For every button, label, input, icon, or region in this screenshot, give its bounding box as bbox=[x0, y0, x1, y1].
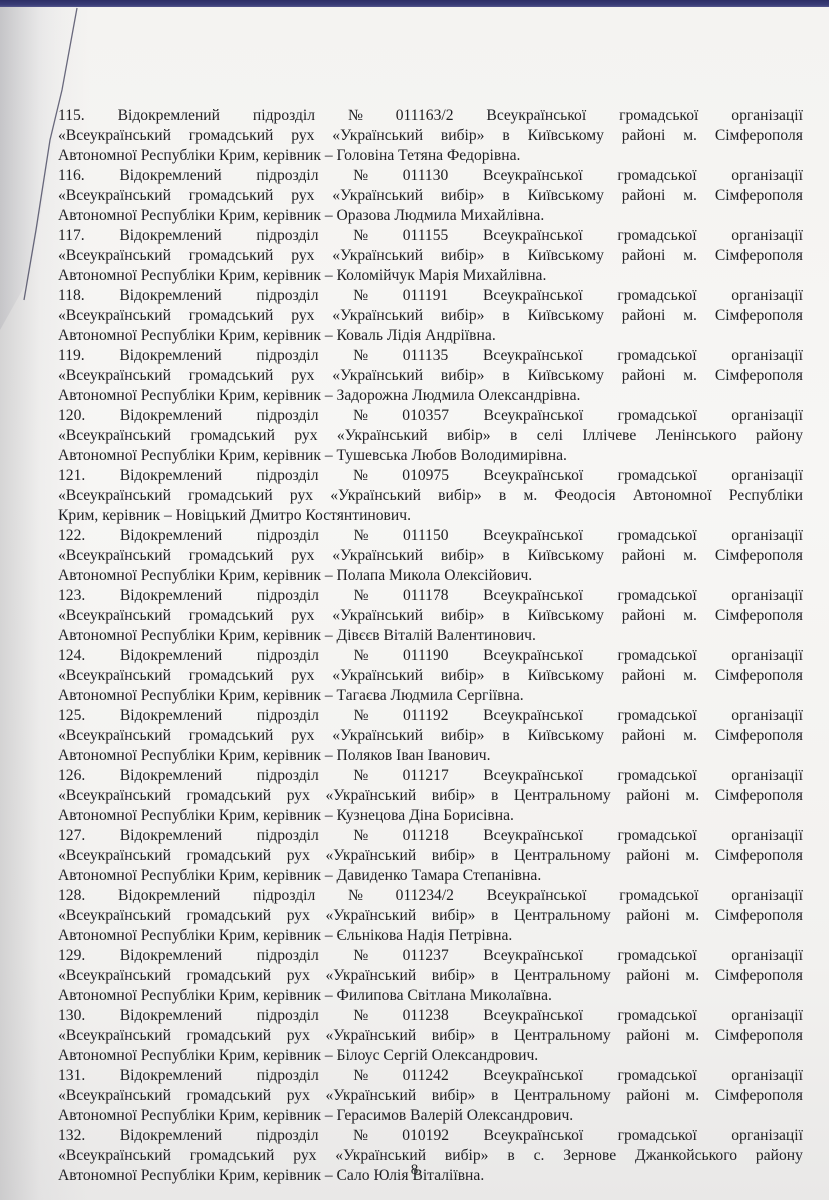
org-word: громадської bbox=[617, 526, 696, 546]
word: вибір» bbox=[432, 786, 476, 806]
entry-heading-line: 116.Відокремленийпідрозділ№011130Всеукра… bbox=[58, 166, 803, 186]
word: громадський bbox=[189, 186, 274, 206]
entry-number: 121. bbox=[58, 466, 85, 486]
unit-label: Відокремлений bbox=[120, 706, 222, 726]
entry-head-line: Автономної Республіки Крим, керівник – П… bbox=[58, 746, 803, 766]
word: «Український bbox=[325, 906, 416, 926]
word: «Всеукраїнський bbox=[58, 906, 171, 926]
word: Центральному bbox=[514, 966, 611, 986]
entry-location-line: «Всеукраїнськийгромадськийрух«Українськи… bbox=[58, 606, 803, 626]
word: в bbox=[502, 546, 509, 566]
word: громадський bbox=[187, 1026, 272, 1046]
word: в bbox=[502, 306, 509, 326]
word: Сімферополя bbox=[715, 726, 803, 746]
sub-label: підрозділ bbox=[256, 166, 318, 186]
word: районі bbox=[626, 906, 670, 926]
word: вибір» bbox=[441, 186, 485, 206]
sub-label: підрозділ bbox=[256, 466, 318, 486]
entry-head-line: Автономної Республіки Крим, керівник – Т… bbox=[58, 686, 803, 706]
org-word: громадської bbox=[617, 1006, 696, 1026]
word: Центральному bbox=[514, 786, 611, 806]
word: районі bbox=[622, 726, 666, 746]
word: вибір» bbox=[432, 966, 476, 986]
entry-head-line: Автономної Республіки Крим, керівник – Б… bbox=[58, 1046, 803, 1066]
unit-code: 010357 bbox=[402, 406, 449, 426]
unit-label: Відокремлений bbox=[119, 226, 221, 246]
entry-location-line: «Всеукраїнськийгромадськийрух«Українськи… bbox=[58, 426, 803, 446]
word: «Всеукраїнський bbox=[58, 366, 171, 386]
word: в bbox=[502, 666, 509, 686]
entry-head-line: Автономної Республіки Крим, керівник – К… bbox=[58, 326, 803, 346]
entry-location-line: «Всеукраїнськийгромадськийрух«Українськи… bbox=[58, 906, 803, 926]
org-word: організації bbox=[731, 886, 803, 906]
unit-label: Відокремлений bbox=[118, 886, 220, 906]
entry-number: 131. bbox=[58, 1066, 85, 1086]
word: Київському bbox=[528, 306, 604, 326]
org-word: Всеукраїнської bbox=[483, 1126, 583, 1146]
org-word: Всеукраїнської bbox=[486, 106, 586, 126]
number-sign: № bbox=[353, 346, 368, 366]
word: рух bbox=[287, 1086, 310, 1106]
word: м. bbox=[683, 186, 697, 206]
unit-code: 011178 bbox=[403, 586, 449, 606]
number-sign: № bbox=[353, 226, 368, 246]
entry-location-line: «Всеукраїнськийгромадськийрух«Українськи… bbox=[58, 306, 803, 326]
word: Сімферополя bbox=[715, 186, 803, 206]
org-word: організації bbox=[731, 946, 803, 966]
word: в bbox=[510, 426, 517, 446]
sub-label: підрозділ bbox=[253, 886, 315, 906]
org-word: громадської bbox=[617, 346, 696, 366]
word: «Український bbox=[325, 1086, 416, 1106]
word: рух bbox=[287, 966, 310, 986]
entry-heading-line: 119.Відокремленийпідрозділ№011135Всеукра… bbox=[58, 346, 803, 366]
word: громадський bbox=[189, 606, 274, 626]
entry-number: 120. bbox=[58, 406, 85, 426]
word: в bbox=[491, 966, 498, 986]
word: м. bbox=[683, 306, 697, 326]
org-word: громадської bbox=[617, 946, 696, 966]
entry-number: 118. bbox=[58, 286, 85, 306]
number-sign: № bbox=[353, 166, 368, 186]
org-word: громадської bbox=[618, 466, 697, 486]
unit-code: 010192 bbox=[402, 1126, 449, 1146]
word: «Український bbox=[325, 786, 416, 806]
list-item: 122.Відокремленийпідрозділ№011150Всеукра… bbox=[58, 526, 803, 586]
unit-label: Відокремлений bbox=[120, 1066, 222, 1086]
word: рух bbox=[291, 306, 314, 326]
org-word: громадської bbox=[617, 586, 696, 606]
org-word: громадської bbox=[619, 886, 698, 906]
entry-head-line: Автономної Республіки Крим, керівник – Т… bbox=[58, 446, 803, 466]
word: «Український bbox=[332, 306, 423, 326]
org-word: організації bbox=[731, 466, 803, 486]
document-body: 115.Відокремленийпідрозділ№011163/2Всеук… bbox=[58, 106, 803, 1186]
word: вибір» bbox=[441, 606, 485, 626]
word: Київському bbox=[528, 126, 604, 146]
word: громадський bbox=[187, 906, 272, 926]
entry-number: 125. bbox=[58, 706, 85, 726]
list-item: 130.Відокремленийпідрозділ№011238Всеукра… bbox=[58, 1006, 803, 1066]
entry-heading-line: 124.Відокремленийпідрозділ№011190Всеукра… bbox=[58, 646, 803, 666]
word: м. bbox=[683, 726, 697, 746]
word: Київському bbox=[528, 186, 604, 206]
word: м. bbox=[683, 606, 697, 626]
org-word: громадської bbox=[617, 286, 696, 306]
word: громадський bbox=[187, 846, 272, 866]
word: районі bbox=[622, 126, 666, 146]
number-sign: № bbox=[354, 706, 369, 726]
word: громадський bbox=[189, 666, 274, 686]
entry-head-line: Крим, керівник – Новіцький Дмитро Костян… bbox=[58, 506, 803, 526]
word: Сімферополя bbox=[715, 246, 803, 266]
org-word: Всеукраїнської bbox=[483, 706, 583, 726]
entry-location-line: «Всеукраїнськийгромадськийрух«Українськи… bbox=[58, 1026, 803, 1046]
entry-head-line: Автономної Республіки Крим, керівник – Д… bbox=[58, 626, 803, 646]
org-word: Всеукраїнської bbox=[483, 826, 583, 846]
word: «Всеукраїнський bbox=[58, 1086, 171, 1106]
list-item: 119.Відокремленийпідрозділ№011135Всеукра… bbox=[58, 346, 803, 406]
number-sign: № bbox=[353, 286, 368, 306]
sub-label: підрозділ bbox=[257, 1006, 319, 1026]
word: Феодосія bbox=[554, 486, 615, 506]
word: «Український bbox=[332, 126, 423, 146]
org-word: Всеукраїнської bbox=[483, 166, 583, 186]
word: Центральному bbox=[514, 906, 611, 926]
word: Київському bbox=[528, 666, 604, 686]
list-item: 128.Відокремленийпідрозділ№011234/2Всеук… bbox=[58, 886, 803, 946]
org-word: Всеукраїнської bbox=[483, 1066, 583, 1086]
word: м. bbox=[683, 366, 697, 386]
sub-label: підрозділ bbox=[257, 826, 319, 846]
sub-label: підрозділ bbox=[257, 706, 319, 726]
word: «Всеукраїнський bbox=[58, 726, 171, 746]
entry-heading-line: 125.Відокремленийпідрозділ№011192Всеукра… bbox=[58, 706, 803, 726]
word: в bbox=[502, 246, 509, 266]
word: «Український bbox=[325, 966, 416, 986]
word: району bbox=[756, 426, 803, 446]
word: «Всеукраїнський bbox=[58, 306, 171, 326]
org-word: організації bbox=[731, 706, 803, 726]
word: районі bbox=[626, 1086, 670, 1106]
word: громадський bbox=[189, 126, 274, 146]
word: громадський bbox=[187, 786, 272, 806]
word: районі bbox=[626, 846, 670, 866]
sub-label: підрозділ bbox=[257, 946, 319, 966]
org-word: організації bbox=[731, 106, 803, 126]
word: Сімферополя bbox=[715, 966, 803, 986]
unit-code: 011163/2 bbox=[396, 106, 454, 126]
org-word: Всеукраїнської bbox=[483, 226, 583, 246]
word: «Український bbox=[332, 666, 423, 686]
unit-label: Відокремлений bbox=[119, 346, 221, 366]
word: «Всеукраїнський bbox=[58, 666, 171, 686]
word: м. bbox=[685, 1086, 699, 1106]
word: громадський bbox=[190, 426, 275, 446]
number-sign: № bbox=[353, 1126, 368, 1146]
word: Сімферополя bbox=[715, 546, 803, 566]
word: вибір» bbox=[441, 666, 485, 686]
word: Сімферополя bbox=[715, 846, 803, 866]
word: Сімферополя bbox=[715, 366, 803, 386]
sub-label: підрозділ bbox=[256, 226, 318, 246]
word: громадський bbox=[187, 1086, 272, 1106]
word: «Український bbox=[332, 366, 423, 386]
unit-code: 010975 bbox=[402, 466, 449, 486]
word: Київському bbox=[528, 546, 604, 566]
entry-heading-line: 117.Відокремленийпідрозділ№011155Всеукра… bbox=[58, 226, 803, 246]
word: районі bbox=[622, 366, 666, 386]
entry-location-line: «Всеукраїнськийгромадськийрух«Українськи… bbox=[58, 126, 803, 146]
word: «Український bbox=[337, 426, 428, 446]
entry-head-line: Автономної Республіки Крим, керівник – К… bbox=[58, 266, 803, 286]
org-word: Всеукраїнської bbox=[483, 766, 583, 786]
word: Київському bbox=[528, 366, 604, 386]
word: Автономної bbox=[633, 486, 712, 506]
word: рух bbox=[287, 1026, 310, 1046]
org-word: організації bbox=[731, 286, 803, 306]
entry-head-line: Автономної Республіки Крим, керівник – Є… bbox=[58, 926, 803, 946]
word: вибір» bbox=[441, 246, 485, 266]
word: районі bbox=[626, 1026, 670, 1046]
entry-head-line: Автономної Республіки Крим, керівник – П… bbox=[58, 566, 803, 586]
word: громадський bbox=[189, 546, 274, 566]
entry-location-line: «Всеукраїнськийгромадськийрух«Українськи… bbox=[58, 846, 803, 866]
entry-number: 116. bbox=[58, 166, 85, 186]
unit-label: Відокремлений bbox=[120, 586, 222, 606]
page-number: 8 bbox=[0, 1162, 829, 1179]
entry-head-line: Автономної Республіки Крим, керівник – Д… bbox=[58, 866, 803, 886]
word: громадський bbox=[189, 366, 274, 386]
word: «Український bbox=[325, 1026, 416, 1046]
org-word: Всеукраїнської bbox=[483, 646, 583, 666]
sub-label: підрозділ bbox=[257, 766, 319, 786]
org-word: громадської bbox=[617, 826, 696, 846]
org-word: громадської bbox=[618, 1126, 697, 1146]
word: «Український bbox=[332, 546, 423, 566]
list-item: 121.Відокремленийпідрозділ№010975Всеукра… bbox=[58, 466, 803, 526]
unit-label: Відокремлений bbox=[120, 1006, 222, 1026]
word: м. bbox=[685, 906, 699, 926]
entry-number: 126. bbox=[58, 766, 85, 786]
list-item: 117.Відокремленийпідрозділ№011155Всеукра… bbox=[58, 226, 803, 286]
word: Київському bbox=[528, 726, 604, 746]
entry-heading-line: 118.Відокремленийпідрозділ№011191Всеукра… bbox=[58, 286, 803, 306]
unit-code: 011237 bbox=[403, 946, 449, 966]
org-word: Всеукраїнської bbox=[483, 946, 583, 966]
org-word: організації bbox=[731, 1006, 803, 1026]
org-word: Всеукраїнської bbox=[483, 286, 583, 306]
word: вибір» bbox=[441, 366, 485, 386]
org-word: громадської bbox=[617, 706, 696, 726]
entry-number: 117. bbox=[58, 226, 85, 246]
sub-label: підрозділ bbox=[257, 1066, 319, 1086]
list-item: 120.Відокремленийпідрозділ№010357Всеукра… bbox=[58, 406, 803, 466]
word: «Український bbox=[332, 726, 423, 746]
org-word: Всеукраїнської bbox=[483, 406, 583, 426]
unit-label: Відокремлений bbox=[119, 286, 221, 306]
word: м. bbox=[683, 666, 697, 686]
unit-label: Відокремлений bbox=[120, 646, 222, 666]
word: в bbox=[491, 846, 498, 866]
org-word: громадської bbox=[617, 766, 696, 786]
entry-number: 124. bbox=[58, 646, 85, 666]
number-sign: № bbox=[353, 766, 368, 786]
word: Сімферополя bbox=[715, 906, 803, 926]
word: м. bbox=[685, 846, 699, 866]
entry-heading-line: 130.Відокремленийпідрозділ№011238Всеукра… bbox=[58, 1006, 803, 1026]
unit-code: 011135 bbox=[403, 346, 449, 366]
word: м. bbox=[685, 1026, 699, 1046]
list-item: 127.Відокремленийпідрозділ№011218Всеукра… bbox=[58, 826, 803, 886]
entry-number: 128. bbox=[58, 886, 85, 906]
word: в bbox=[502, 366, 509, 386]
list-item: 126.Відокремленийпідрозділ№011217Всеукра… bbox=[58, 766, 803, 826]
entry-head-line: Автономної Республіки Крим, керівник – Г… bbox=[58, 146, 803, 166]
word: рух bbox=[290, 486, 313, 506]
word: «Всеукраїнський bbox=[58, 786, 171, 806]
sub-label: підрозділ bbox=[256, 1126, 318, 1146]
entry-heading-line: 123.Відокремленийпідрозділ№011178Всеукра… bbox=[58, 586, 803, 606]
word: вибір» bbox=[441, 306, 485, 326]
word: в bbox=[491, 906, 498, 926]
word: «Всеукраїнський bbox=[58, 606, 171, 626]
entry-heading-line: 121.Відокремленийпідрозділ№010975Всеукра… bbox=[58, 466, 803, 486]
number-sign: № bbox=[353, 1006, 368, 1026]
entry-heading-line: 122.Відокремленийпідрозділ№011150Всеукра… bbox=[58, 526, 803, 546]
list-item: 123.Відокремленийпідрозділ№011178Всеукра… bbox=[58, 586, 803, 646]
list-item: 124.Відокремленийпідрозділ№011190Всеукра… bbox=[58, 646, 803, 706]
word: рух bbox=[287, 906, 310, 926]
word: «Український bbox=[330, 486, 421, 506]
word: Центральному bbox=[514, 846, 611, 866]
org-word: організації bbox=[731, 166, 803, 186]
word: «Всеукраїнський bbox=[58, 1026, 171, 1046]
org-word: організації bbox=[731, 346, 803, 366]
word: «Всеукраїнський bbox=[58, 966, 171, 986]
entry-heading-line: 127.Відокремленийпідрозділ№011218Всеукра… bbox=[58, 826, 803, 846]
entry-location-line: «Всеукраїнськийгромадськийрух«Українськи… bbox=[58, 486, 803, 506]
word: рух bbox=[287, 786, 310, 806]
word: вибір» bbox=[441, 126, 485, 146]
entry-number: 127. bbox=[58, 826, 85, 846]
word: районі bbox=[626, 786, 670, 806]
org-word: організації bbox=[731, 1126, 803, 1146]
org-word: громадської bbox=[618, 406, 697, 426]
word: районі bbox=[622, 546, 666, 566]
unit-code: 011150 bbox=[403, 526, 449, 546]
org-word: Всеукраїнської bbox=[483, 346, 583, 366]
entry-heading-line: 115.Відокремленийпідрозділ№011163/2Всеук… bbox=[58, 106, 803, 126]
sub-label: підрозділ bbox=[257, 586, 319, 606]
unit-code: 011218 bbox=[403, 826, 449, 846]
org-word: Всеукраїнської bbox=[483, 1006, 583, 1026]
word: в bbox=[499, 486, 506, 506]
unit-code: 011234/2 bbox=[396, 886, 454, 906]
word: рух bbox=[291, 606, 314, 626]
word: м. bbox=[683, 546, 697, 566]
word: Центральному bbox=[514, 1026, 611, 1046]
number-sign: № bbox=[354, 526, 369, 546]
word: районі bbox=[622, 306, 666, 326]
unit-label: Відокремлений bbox=[118, 106, 220, 126]
unit-code: 011130 bbox=[403, 166, 449, 186]
word: в bbox=[502, 606, 509, 626]
entry-number: 129. bbox=[58, 946, 85, 966]
list-item: 118.Відокремленийпідрозділ№011191Всеукра… bbox=[58, 286, 803, 346]
sub-label: підрозділ bbox=[256, 406, 318, 426]
word: громадський bbox=[189, 726, 274, 746]
word: рух bbox=[291, 186, 314, 206]
word: Сімферополя bbox=[715, 666, 803, 686]
entry-location-line: «Всеукраїнськийгромадськийрух«Українськи… bbox=[58, 1086, 803, 1106]
entry-location-line: «Всеукраїнськийгромадськийрух«Українськи… bbox=[58, 246, 803, 266]
word: Сімферополя bbox=[715, 1026, 803, 1046]
entry-heading-line: 132.Відокремленийпідрозділ№010192Всеукра… bbox=[58, 1126, 803, 1146]
word: в bbox=[502, 186, 509, 206]
unit-code: 011155 bbox=[403, 226, 449, 246]
number-sign: № bbox=[348, 106, 363, 126]
list-item: 129.Відокремленийпідрозділ№011237Всеукра… bbox=[58, 946, 803, 1006]
word: громадський bbox=[187, 966, 272, 986]
entry-heading-line: 120.Відокремленийпідрозділ№010357Всеукра… bbox=[58, 406, 803, 426]
word: Сімферополя bbox=[715, 606, 803, 626]
unit-label: Відокремлений bbox=[120, 526, 222, 546]
entry-head-line: Автономної Республіки Крим, керівник – Ф… bbox=[58, 986, 803, 1006]
number-sign: № bbox=[353, 826, 368, 846]
sub-label: підрозділ bbox=[257, 526, 319, 546]
org-word: Всеукраїнської bbox=[483, 526, 583, 546]
unit-code: 011242 bbox=[403, 1066, 449, 1086]
entry-head-line: Автономної Республіки Крим, керівник – К… bbox=[58, 806, 803, 826]
word: Центральному bbox=[514, 1086, 611, 1106]
word: м. bbox=[683, 126, 697, 146]
org-word: організації bbox=[731, 646, 803, 666]
word: вибір» bbox=[432, 1026, 476, 1046]
number-sign: № bbox=[353, 946, 368, 966]
unit-label: Відокремлений bbox=[119, 166, 221, 186]
number-sign: № bbox=[353, 1066, 368, 1086]
org-word: громадської bbox=[619, 106, 698, 126]
org-word: організації bbox=[731, 586, 803, 606]
word: Сімферополя bbox=[715, 306, 803, 326]
word: вибір» bbox=[441, 546, 485, 566]
word: рух bbox=[291, 546, 314, 566]
org-word: організації bbox=[731, 826, 803, 846]
entry-location-line: «Всеукраїнськийгромадськийрух«Українськи… bbox=[58, 966, 803, 986]
org-word: Всеукраїнської bbox=[483, 586, 583, 606]
word: рух bbox=[291, 726, 314, 746]
word: вибір» bbox=[447, 426, 491, 446]
word: «Всеукраїнський bbox=[58, 126, 171, 146]
sub-label: підрозділ bbox=[256, 286, 318, 306]
top-border-band bbox=[0, 0, 829, 7]
unit-code: 011238 bbox=[403, 1006, 449, 1026]
word: рух bbox=[294, 426, 317, 446]
org-word: організації bbox=[731, 406, 803, 426]
unit-label: Відокремлений bbox=[120, 826, 222, 846]
number-sign: № bbox=[354, 586, 369, 606]
word: в bbox=[491, 1026, 498, 1046]
word: м. bbox=[685, 966, 699, 986]
word: «Всеукраїнський bbox=[58, 426, 171, 446]
unit-label: Відокремлений bbox=[120, 766, 222, 786]
org-word: громадської bbox=[617, 1066, 696, 1086]
word: «Український bbox=[332, 606, 423, 626]
word: вибір» bbox=[432, 906, 476, 926]
sub-label: підрозділ bbox=[256, 346, 318, 366]
entry-heading-line: 126.Відокремленийпідрозділ№011217Всеукра… bbox=[58, 766, 803, 786]
